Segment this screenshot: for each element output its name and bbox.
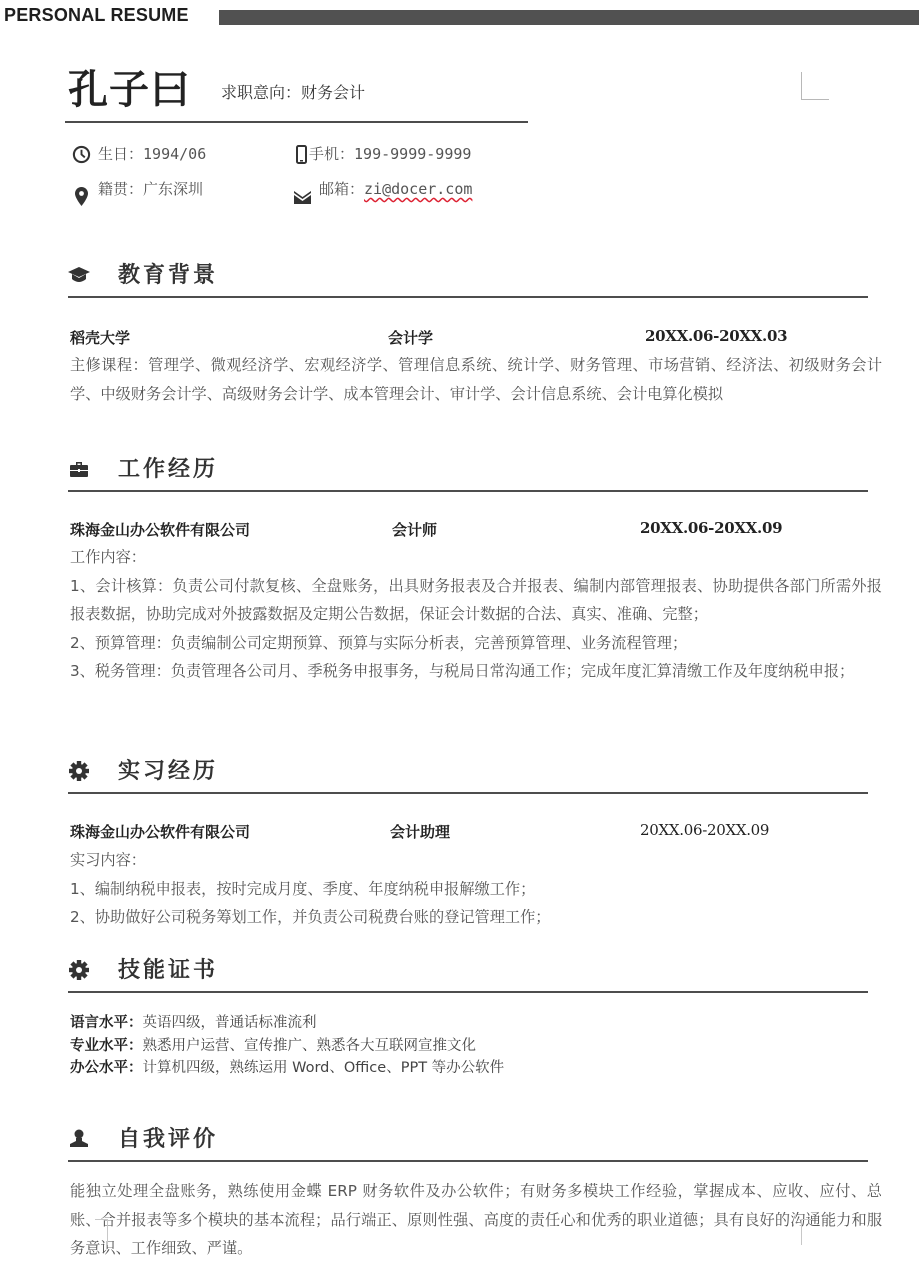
company-name: 珠海金山办公软件有限公司: [70, 821, 250, 842]
banner-bar: [219, 10, 919, 25]
skill-item: 专业水平：熟悉用户运营、宣传推广、熟悉各大互联网宣推文化: [70, 1035, 504, 1058]
self-eval-section-header: 自我评价: [68, 1120, 868, 1162]
education-section-header: 教育背景: [68, 256, 868, 298]
company-name: 珠海金山办公软件有限公司: [70, 519, 250, 540]
position: 会计师: [392, 519, 437, 540]
user-icon: [68, 1128, 90, 1150]
work-section-header: 工作经历: [68, 450, 868, 492]
work-title: 工作经历: [118, 452, 218, 483]
skill-label: 专业水平：: [70, 1038, 143, 1054]
section-divider: [68, 991, 868, 993]
major: 会计学: [388, 327, 433, 348]
skills-list: 语言水平：英语四级，普通话标准流利 专业水平：熟悉用户运营、宣传推广、熟悉各大互…: [70, 1012, 504, 1080]
skill-value: 英语四级，普通话标准流利: [143, 1015, 317, 1031]
envelope-icon: [294, 191, 311, 204]
gear-icon: [68, 760, 90, 782]
work-row: 珠海金山办公软件有限公司 会计师 20XX.06-20XX.09: [70, 519, 870, 541]
gear-icon: [68, 959, 90, 981]
position: 会计助理: [390, 821, 450, 842]
work-item: 1、会计核算：负责公司付款复核、全盘账务，出具财务报表及合并报表、编制内部管理报…: [70, 572, 882, 629]
skill-item: 办公水平：计算机四级，熟练运用 Word、Office、PPT 等办公软件: [70, 1057, 504, 1080]
education-row: 稻壳大学 会计学 20XX.06-20XX.03: [70, 327, 870, 349]
birth-label: 生日：: [98, 145, 143, 163]
email-value[interactable]: zi@docer.com: [364, 180, 472, 198]
skill-value: 熟悉用户运营、宣传推广、熟悉各大互联网宣推文化: [143, 1038, 477, 1054]
skill-label: 语言水平：: [70, 1015, 143, 1031]
briefcase-icon: [68, 458, 90, 480]
candidate-name: 孔子曰: [68, 58, 191, 115]
email-label: 邮箱：: [319, 180, 364, 198]
hometown-info: 籍贯：广东深圳: [98, 178, 203, 199]
banner-label: PERSONAL RESUME: [4, 5, 189, 26]
page-corner-mark: [801, 72, 829, 100]
phone-value: 199-9999-9999: [354, 145, 471, 163]
hometown-value: 广东深圳: [143, 180, 203, 198]
phone-info: 手机：199-9999-9999: [309, 143, 471, 164]
school-name: 稻壳大学: [70, 327, 130, 348]
work-item: 2、预算管理：负责编制公司定期预算、预算与实际分析表，完善预算管理、业务流程管理…: [70, 629, 882, 658]
education-title: 教育背景: [118, 258, 218, 289]
map-pin-icon: [75, 187, 88, 206]
skill-label: 办公水平：: [70, 1060, 143, 1076]
hometown-label: 籍贯：: [98, 180, 143, 198]
phone-label: 手机：: [309, 145, 354, 163]
page-corner-mark: [801, 1219, 802, 1245]
work-content: 工作内容： 1、会计核算：负责公司付款复核、全盘账务，出具财务报表及合并报表、编…: [70, 543, 882, 686]
page-corner-mark: [801, 1219, 813, 1220]
skill-item: 语言水平：英语四级，普通话标准流利: [70, 1012, 504, 1035]
internship-item: 2、协助做好公司税务筹划工作，并负责公司税费台账的登记管理工作；: [70, 903, 882, 932]
section-divider: [68, 792, 868, 794]
work-content-label: 工作内容：: [70, 543, 882, 572]
internship-content: 实习内容： 1、编制纳税申报表，按时完成月度、季度、年度纳税申报解缴工作； 2、…: [70, 846, 882, 932]
work-item: 3、税务管理：负责管理各公司月、季税务申报事务，与税局日常沟通工作；完成年度汇算…: [70, 657, 882, 686]
job-objective: 求职意向：财务会计: [221, 80, 365, 103]
birth-info: 生日：1994/06: [98, 143, 206, 164]
page-corner-mark: [95, 1219, 107, 1220]
section-divider: [68, 1160, 868, 1162]
internship-item: 1、编制纳税申报表，按时完成月度、季度、年度纳税申报解缴工作；: [70, 875, 882, 904]
work-period: 20XX.06-20XX.09: [640, 519, 782, 537]
name-divider: [65, 121, 528, 123]
internship-row: 珠海金山办公软件有限公司 会计助理 20XX.06-20XX.09: [70, 821, 870, 843]
internship-content-label: 实习内容：: [70, 846, 882, 875]
courses-text: 主修课程：管理学、微观经济学、宏观经济学、管理信息系统、统计学、财务管理、市场营…: [70, 351, 882, 408]
page-corner-mark: [107, 1219, 108, 1245]
education-period: 20XX.06-20XX.03: [645, 327, 787, 345]
section-divider: [68, 490, 868, 492]
self-eval-text: 能独立处理全盘账务，熟练使用金蝶 ERP 财务软件及办公软件；有财务多模块工作经…: [70, 1177, 882, 1261]
graduation-cap-icon: [68, 264, 90, 286]
internship-period: 20XX.06-20XX.09: [640, 821, 769, 839]
internship-section-header: 实习经历: [68, 752, 868, 794]
skills-section-header: 技能证书: [68, 951, 868, 993]
birth-value: 1994/06: [143, 145, 206, 163]
self-eval-title: 自我评价: [118, 1122, 218, 1153]
internship-title: 实习经历: [118, 754, 218, 785]
clock-icon: [72, 145, 91, 164]
mobile-phone-icon: [296, 145, 307, 164]
skills-title: 技能证书: [118, 953, 218, 984]
email-info: 邮箱：zi@docer.com: [319, 178, 472, 199]
skill-value: 计算机四级，熟练运用 Word、Office、PPT 等办公软件: [143, 1060, 505, 1076]
section-divider: [68, 296, 868, 298]
